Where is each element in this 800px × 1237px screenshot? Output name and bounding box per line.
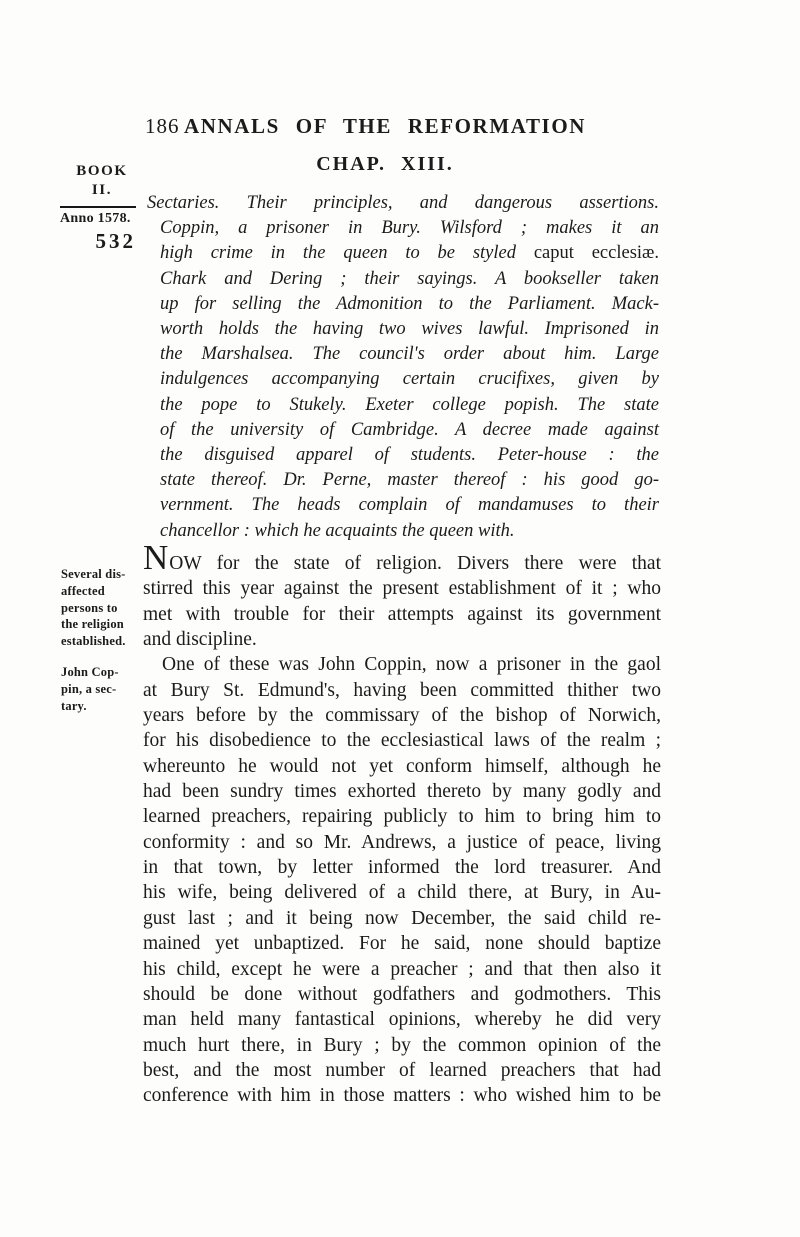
text-line: persons to [61,600,145,617]
book-page: 186 ANNALS OF THE REFORMATION CHAP. XIII… [0,0,800,1237]
text-line: the religion [61,616,145,633]
text-line: mained yet unbaptized. For he said, none… [143,931,661,956]
text-line: learned preachers, repairing publicly to… [143,804,661,829]
text-line: years before by the commissary of the bi… [143,703,661,728]
body-paragraph-now: NOW for the state of religion. Divers th… [143,551,661,652]
margin-note-coppin: John Cop-pin, a sec-tary. [61,664,145,714]
text-line: best, and the most number of learned pre… [143,1058,661,1083]
text-line: NOW for the state of religion. Divers th… [143,551,661,576]
text-line: affected [61,583,145,600]
chapter-summary: Sectaries. Their principles, and dangero… [147,191,659,544]
body-paragraph-coppin: One of these was John Coppin, now a pris… [143,652,661,1108]
text-line: gust last ; and it being now December, t… [143,906,661,931]
anno-label: Anno 1578. [60,211,140,227]
text-line: should be done without godfathers and go… [143,982,661,1007]
text-line: conference with him in those matters : w… [143,1083,661,1108]
initial-capital: N [143,538,169,577]
body-text: NOW for the state of religion. Divers th… [143,551,661,1109]
text-line: stirred this year against the present es… [143,576,661,601]
text-line: at Bury St. Edmund's, having been commit… [143,678,661,703]
text-line: Coppin, a prisoner in Bury. Wilsford ; m… [160,216,659,241]
text-line: much hurt there, in Bury ; by the common… [143,1033,661,1058]
book-number: II. [62,181,142,200]
text-line: established. [61,633,145,650]
text-line: up for selling the Admonition to the Par… [160,292,659,317]
text-line: One of these was John Coppin, now a pris… [143,652,661,677]
text-line: the pope to Stukely. Exeter college popi… [160,393,659,418]
book-label: BOOK [62,162,142,181]
text-line: for his disobedience to the ecclesiastic… [143,728,661,753]
text-line: indulgences accompanying certain crucifi… [160,367,659,392]
text-line: whereunto he would not yet conform himse… [143,754,661,779]
text-line: state thereof. Dr. Perne, master thereof… [160,468,659,493]
text-line: high crime in the queen to be styled cap… [160,241,659,266]
text-line: worth holds the having two wives lawful.… [160,317,659,342]
text-line: of the university of Cambridge. A decree… [160,418,659,443]
text-line: pin, a sec- [61,681,145,698]
text-line: chancellor : which he acquaints the quee… [160,519,659,544]
text-line: met with trouble for their attempts agai… [143,602,661,627]
margin-book-label: BOOK II. [62,162,142,200]
text-line: conformity : and so Mr. Andrews, a justi… [143,830,661,855]
text-line: vernment. The heads complain of mandamus… [160,493,659,518]
text-line: his child, except he were a preacher ; a… [143,957,661,982]
text-line: had been sundry times exhorted thereto b… [143,779,661,804]
text-line: Sectaries. Their principles, and dangero… [147,191,659,216]
text-line: and discipline. [143,627,661,652]
chapter-heading: CHAP. XIII. [145,153,625,176]
text-line: his wife, being delivered of a child the… [143,880,661,905]
margin-note-disaffected: Several dis-affectedpersons tothe religi… [61,566,145,650]
latin-phrase: caput ecclesiæ. [534,243,659,263]
text-line: Several dis- [61,566,145,583]
text-line: the disguised apparel of students. Peter… [160,443,659,468]
text-line: tary. [61,698,145,715]
text-line: John Cop- [61,664,145,681]
margin-rule [60,206,136,208]
folio-number: 532 [60,229,136,254]
text-line: in that town, by letter informed the lor… [143,855,661,880]
running-title: ANNALS OF THE REFORMATION [150,114,620,139]
text-line: man held many fantastical opinions, wher… [143,1007,661,1032]
text-line: the Marshalsea. The council's order abou… [160,342,659,367]
text-line: Chark and Dering ; their sayings. A book… [160,267,659,292]
